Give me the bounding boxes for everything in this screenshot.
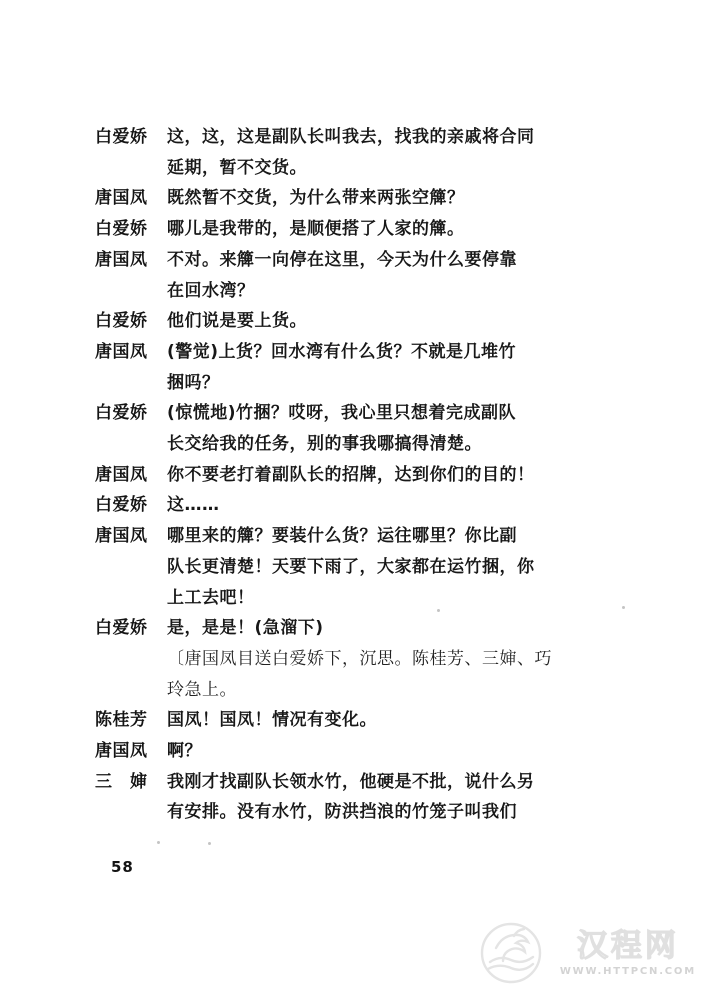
speech-row: 唐国凤不对。来簰一向停在这里，今天为什么要停靠在回水湾？ <box>95 245 545 306</box>
speech-line: 延期，暂不交货。 <box>167 153 545 184</box>
scan-speck <box>157 841 160 844</box>
httpcn-logo-icon <box>478 918 544 986</box>
dialogue-area: 白爱娇这，这，这是副队长叫我去，找我的亲戚将合同延期，暂不交货。唐国凤既然暂不交… <box>95 122 545 828</box>
speech-lines: 〔唐国凤目送白爱娇下，沉思。陈桂芳、三婶、巧玲急上。 <box>167 644 545 705</box>
speaker-name: 白爱娇 <box>95 214 147 245</box>
speech-row: 唐国凤哪里来的簰？要装什么货？运往哪里？你比副队长更清楚！天要下雨了，大家都在运… <box>95 521 545 613</box>
speech-line: (警觉)上货？回水湾有什么货？不就是几堆竹 <box>167 337 545 368</box>
speech-row: 唐国凤你不要老打着副队长的招牌，达到你们的目的！ <box>95 460 545 491</box>
speech-line: 这，这，这是副队长叫我去，找我的亲戚将合同 <box>167 122 545 153</box>
speaker-name: 陈桂芳 <box>95 705 147 736</box>
speech-lines: 哪里来的簰？要装什么货？运往哪里？你比副队长更清楚！天要下雨了，大家都在运竹捆，… <box>167 521 545 613</box>
speech-row: 白爱娇这，这，这是副队长叫我去，找我的亲戚将合同延期，暂不交货。 <box>95 122 545 183</box>
speech-line: (惊慌地)竹捆？哎呀，我心里只想着完成副队 <box>167 398 545 429</box>
speech-lines: 是，是是！(急溜下) <box>167 613 545 644</box>
speech-line: 有安排。没有水竹，防洪挡浪的竹笼子叫我们 <box>167 797 545 828</box>
speaker-name: 唐国凤 <box>95 245 147 306</box>
speaker-name: 唐国凤 <box>95 521 147 613</box>
speech-lines: 哪儿是我带的，是顺便搭了人家的簰。 <box>167 214 545 245</box>
speech-lines: 这…… <box>167 490 545 521</box>
speaker-name: 白爱娇 <box>95 398 147 459</box>
speaker-name: 白爱娇 <box>95 613 147 644</box>
speaker-name: 白爱娇 <box>95 490 147 521</box>
speech-line: 捆吗？ <box>167 368 545 399</box>
stage-line: 〔唐国凤目送白爱娇下，沉思。陈桂芳、三婶、巧 <box>167 644 545 675</box>
speech-row: 三婶我刚才找副队长领水竹，他硬是不批，说什么另有安排。没有水竹，防洪挡浪的竹笼子… <box>95 767 545 828</box>
speech-lines: 既然暂不交货，为什么带来两张空簰？ <box>167 183 545 214</box>
speech-row: 唐国凤(警觉)上货？回水湾有什么货？不就是几堆竹捆吗？ <box>95 337 545 398</box>
speech-line: 在回水湾？ <box>167 276 545 307</box>
speaker-name: 唐国凤 <box>95 460 147 491</box>
stage-line: 玲急上。 <box>167 675 545 706</box>
speaker-name: 唐国凤 <box>95 337 147 398</box>
scan-speck <box>208 842 211 845</box>
speech-line: 上工去吧！ <box>167 583 545 614</box>
speech-lines: (警觉)上货？回水湾有什么货？不就是几堆竹捆吗？ <box>167 337 545 398</box>
speech-line: 我刚才找副队长领水竹，他硬是不批，说什么另 <box>167 767 545 798</box>
speech-lines: 你不要老打着副队长的招牌，达到你们的目的！ <box>167 460 545 491</box>
speech-line: 啊？ <box>167 736 545 767</box>
speech-lines: 啊？ <box>167 736 545 767</box>
speech-line: 他们说是要上货。 <box>167 306 545 337</box>
speaker-name: 唐国凤 <box>95 736 147 767</box>
speaker-name: 唐国凤 <box>95 183 147 214</box>
scan-speck <box>437 609 440 612</box>
speech-line: 国凤！国凤！情况有变化。 <box>167 705 545 736</box>
page-number: 58 <box>111 858 134 876</box>
speech-lines: (惊慌地)竹捆？哎呀，我心里只想着完成副队长交给我的任务，别的事我哪搞得清楚。 <box>167 398 545 459</box>
speaker-name: 白爱娇 <box>95 306 147 337</box>
watermark-site-name: 汉程网 <box>577 928 679 964</box>
speech-row: 唐国凤啊？ <box>95 736 545 767</box>
scanned-script-page: 白爱娇这，这，这是副队长叫我去，找我的亲戚将合同延期，暂不交货。唐国凤既然暂不交… <box>0 0 710 994</box>
speech-line: 队长更清楚！天要下雨了，大家都在运竹捆，你 <box>167 552 545 583</box>
speech-lines: 这，这，这是副队长叫我去，找我的亲戚将合同延期，暂不交货。 <box>167 122 545 183</box>
speech-row: 白爱娇这…… <box>95 490 545 521</box>
speech-lines: 我刚才找副队长领水竹，他硬是不批，说什么另有安排。没有水竹，防洪挡浪的竹笼子叫我… <box>167 767 545 828</box>
speech-line: 哪里来的簰？要装什么货？运往哪里？你比副 <box>167 521 545 552</box>
speech-row: 白爱娇他们说是要上货。 <box>95 306 545 337</box>
speech-line: 是，是是！(急溜下) <box>167 613 545 644</box>
speaker-name <box>95 644 147 705</box>
stage-direction-row: 〔唐国凤目送白爱娇下，沉思。陈桂芳、三婶、巧玲急上。 <box>95 644 545 705</box>
speaker-name: 三婶 <box>95 767 147 828</box>
speech-row: 陈桂芳国凤！国凤！情况有变化。 <box>95 705 545 736</box>
speaker-name: 白爱娇 <box>95 122 147 183</box>
speech-line: 不对。来簰一向停在这里，今天为什么要停靠 <box>167 245 545 276</box>
scan-speck <box>622 606 625 609</box>
speech-lines: 不对。来簰一向停在这里，今天为什么要停靠在回水湾？ <box>167 245 545 306</box>
speech-lines: 国凤！国凤！情况有变化。 <box>167 705 545 736</box>
watermark-url: WWW.HTTPCN.COM <box>560 966 696 977</box>
speech-line: 既然暂不交货，为什么带来两张空簰？ <box>167 183 545 214</box>
watermark: 汉程网 WWW.HTTPCN.COM <box>478 918 696 986</box>
speech-line: 哪儿是我带的，是顺便搭了人家的簰。 <box>167 214 545 245</box>
speech-row: 白爱娇(惊慌地)竹捆？哎呀，我心里只想着完成副队长交给我的任务，别的事我哪搞得清… <box>95 398 545 459</box>
speech-line: 这…… <box>167 490 545 521</box>
watermark-text: 汉程网 WWW.HTTPCN.COM <box>560 928 696 977</box>
speech-line: 你不要老打着副队长的招牌，达到你们的目的！ <box>167 460 545 491</box>
speech-row: 白爱娇哪儿是我带的，是顺便搭了人家的簰。 <box>95 214 545 245</box>
speech-row: 白爱娇是，是是！(急溜下) <box>95 613 545 644</box>
speech-lines: 他们说是要上货。 <box>167 306 545 337</box>
speech-line: 长交给我的任务，别的事我哪搞得清楚。 <box>167 429 545 460</box>
speech-row: 唐国凤既然暂不交货，为什么带来两张空簰？ <box>95 183 545 214</box>
